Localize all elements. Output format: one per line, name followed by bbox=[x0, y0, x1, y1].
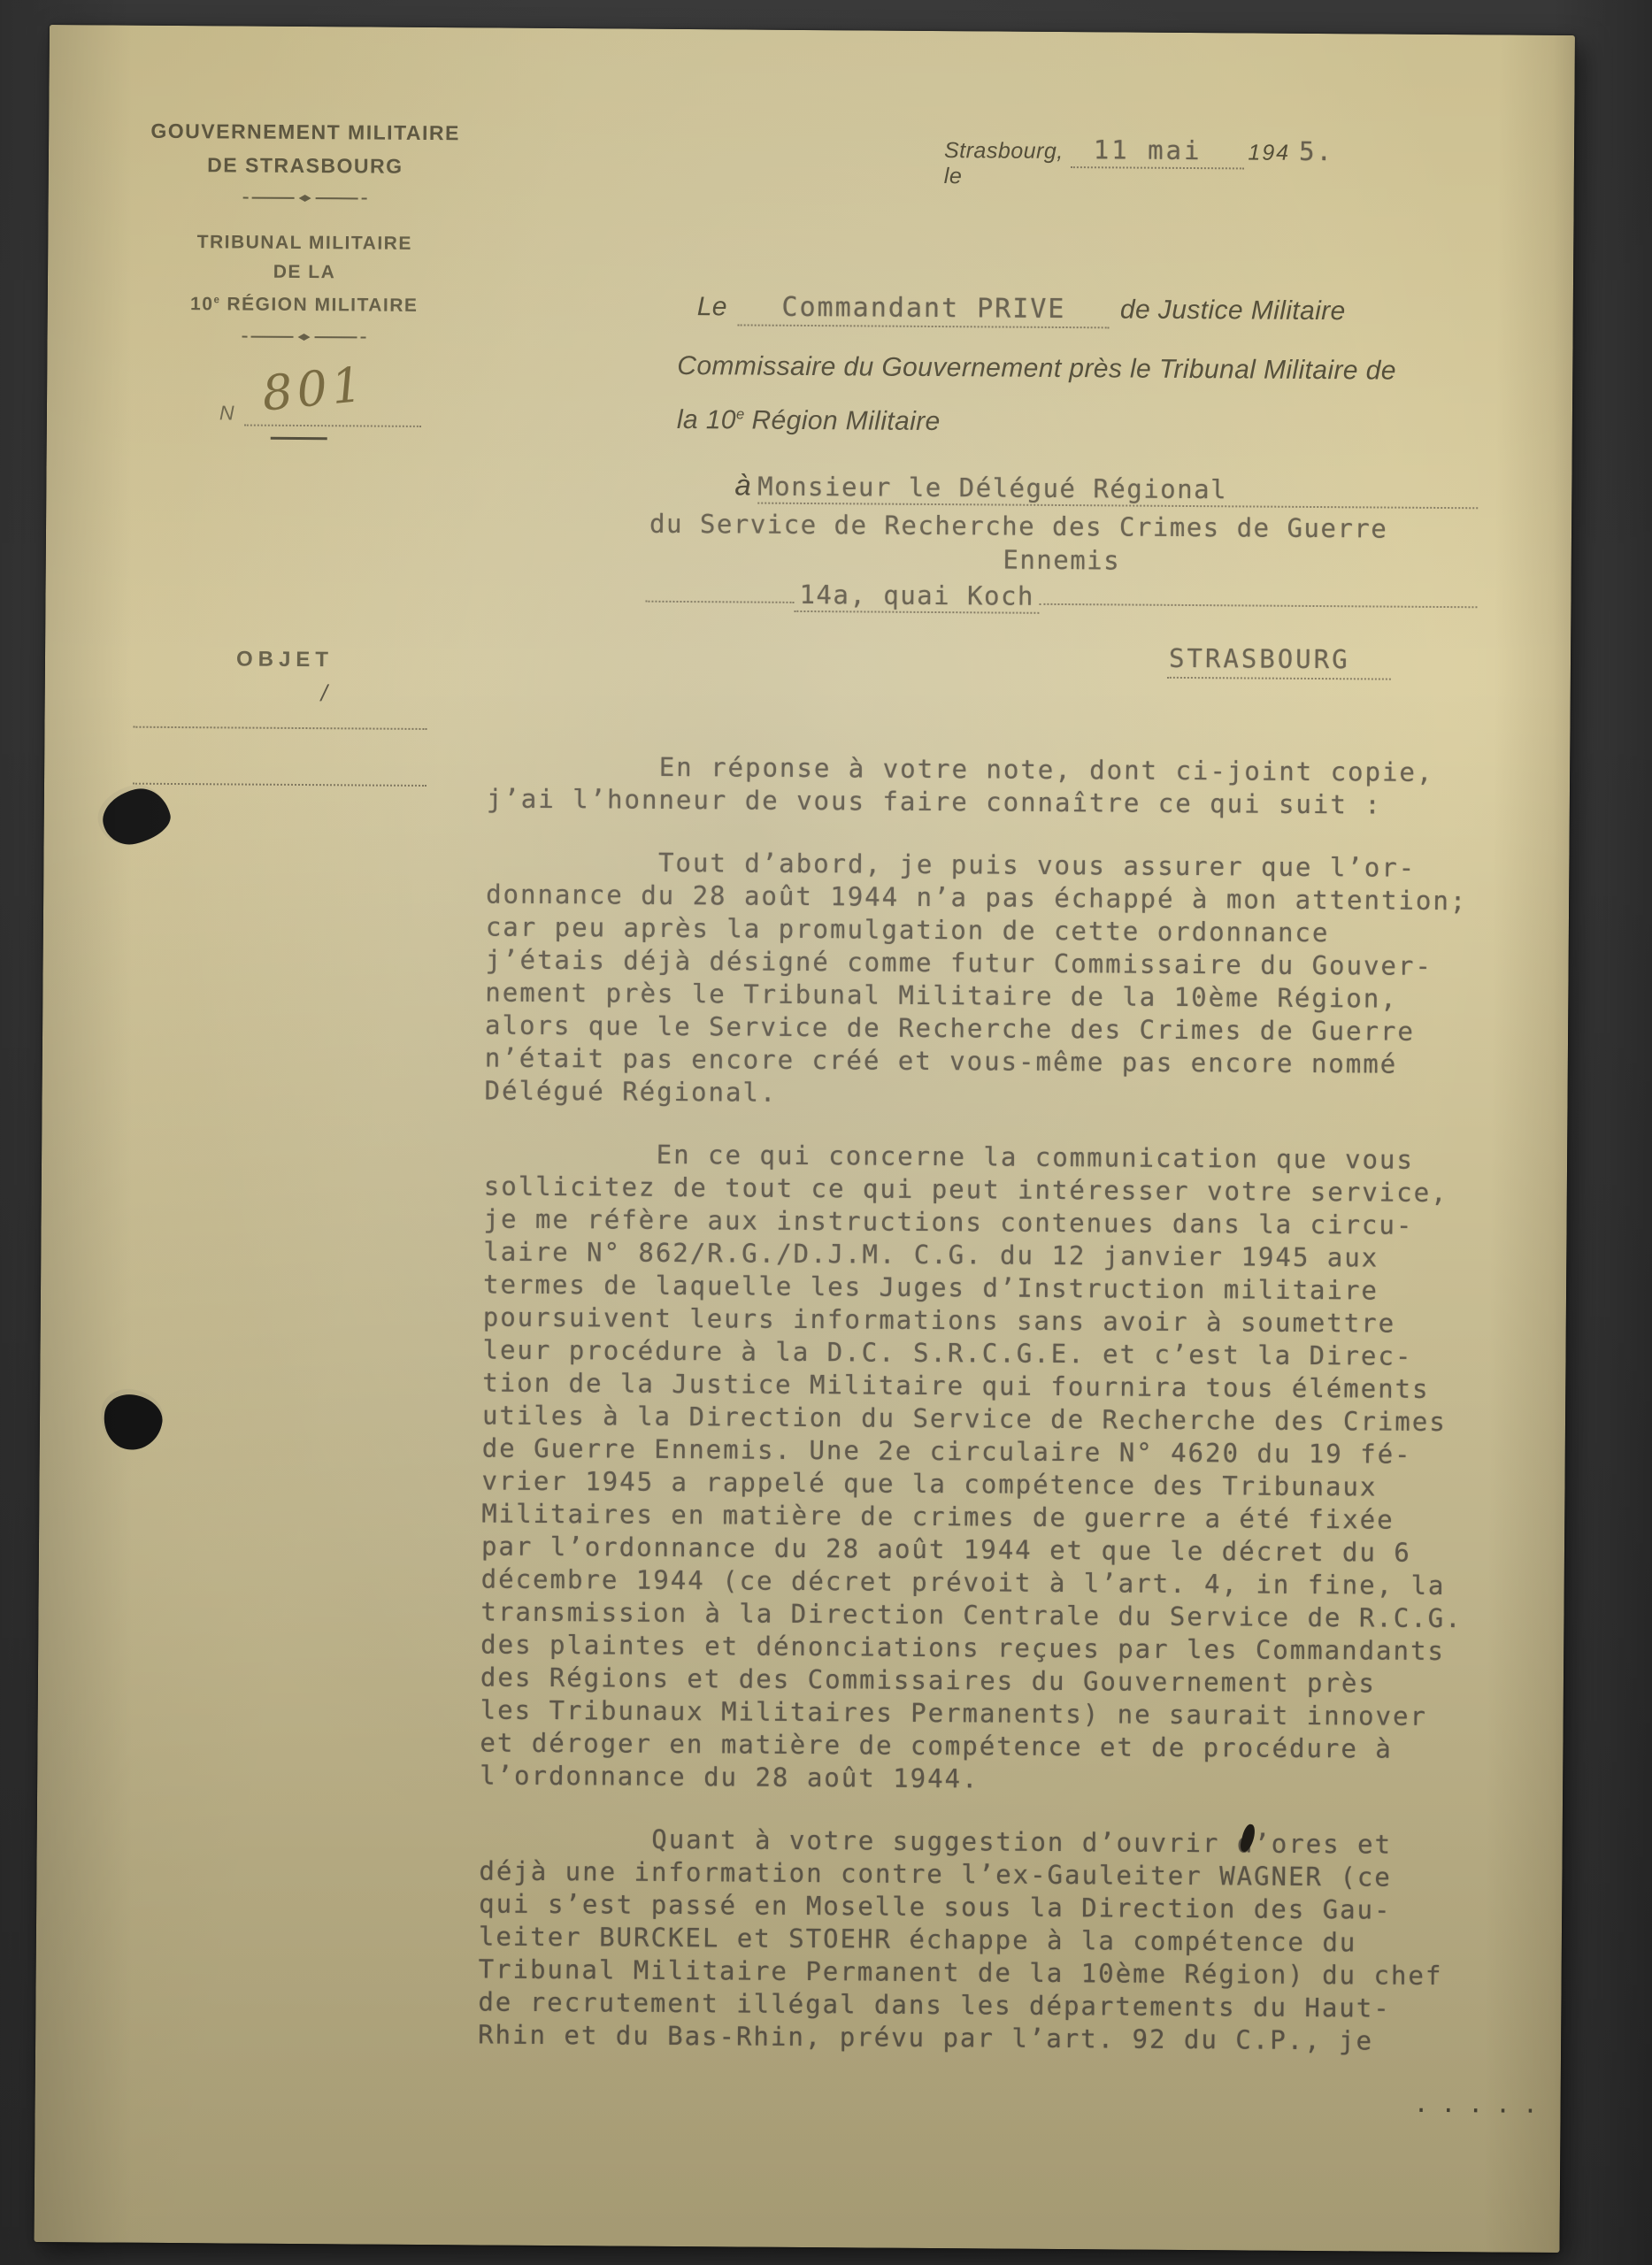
sender-title-suffix: de Justice Militaire bbox=[1120, 295, 1346, 326]
recipient-line2: du Service de Recherche des Crimes de Gu… bbox=[646, 509, 1478, 545]
sender-line2: Commissaire du Gouvernement près le Trib… bbox=[677, 349, 1491, 389]
letterhead: GOUVERNEMENT MILITAIRE DE STRASBOURG TRI… bbox=[119, 114, 492, 342]
recipient-city-line: STRASBOURG bbox=[645, 640, 1477, 681]
sender-block: Le Commandant PRIVE de Justice Militaire… bbox=[677, 291, 1492, 441]
letterhead-tribunal: TRIBUNAL MILITAIRE DE LA 10eRÉGION MILIT… bbox=[119, 227, 491, 321]
paragraph-2: Tout d’abord, je puis vous assurer que l… bbox=[484, 845, 1562, 1114]
recipient-line1: à Monsieur le Délégué Régional bbox=[646, 468, 1478, 510]
objet-label: OBJET bbox=[236, 647, 334, 672]
objet-dotted-line-2 bbox=[133, 783, 426, 787]
letter-body: En réponse à votre note, dont ci-joint c… bbox=[478, 749, 1563, 2088]
reference-number-block: N 801 bbox=[219, 372, 449, 472]
punch-hole-top bbox=[97, 783, 175, 850]
address-dotted-leader-right bbox=[1040, 577, 1478, 609]
recipient-address-line: 14a, quai Koch bbox=[645, 574, 1477, 618]
recipient-block: à Monsieur le Délégué Régional du Servic… bbox=[645, 468, 1479, 681]
divider-ornament-icon bbox=[119, 194, 491, 203]
sender-name-field: Commandant PRIVE bbox=[738, 291, 1110, 328]
paragraph-3: En ce qui concerne la communication que … bbox=[480, 1137, 1560, 1799]
recipient-address: 14a, quai Koch bbox=[794, 580, 1040, 614]
punch-hole-bottom bbox=[100, 1391, 165, 1454]
sender-line3: la 10eRégion Militaire bbox=[677, 405, 1491, 441]
recipient-salutation: à bbox=[734, 468, 752, 502]
divider-ornament-icon bbox=[119, 333, 490, 342]
scanned-letter-page: GOUVERNEMENT MILITAIRE DE STRASBOURG TRI… bbox=[35, 25, 1575, 2253]
dateline-year-printed: 194 bbox=[1248, 140, 1290, 165]
recipient-line3: Ennemis bbox=[646, 542, 1478, 579]
reference-underline bbox=[271, 437, 327, 440]
recipient-city: STRASBOURG bbox=[1167, 643, 1391, 680]
letterhead-tribunal-line2: DE LA bbox=[119, 257, 490, 288]
paragraph-4: Quant à votre suggestion d’ouvrir d’ores… bbox=[478, 1822, 1556, 2058]
footer-dots: ..... bbox=[1414, 2089, 1551, 2119]
dateline-day-field: 11 mai bbox=[1071, 134, 1245, 169]
dateline-year-typed: 5. bbox=[1299, 136, 1333, 166]
sender-name-typed: Commandant PRIVE bbox=[781, 292, 1065, 325]
objet-dotted-line-1 bbox=[133, 726, 426, 730]
letterhead-tribunal-line1: TRIBUNAL MILITAIRE bbox=[119, 227, 490, 259]
reference-dotted-line bbox=[244, 425, 421, 427]
dateline: Strasbourg, le 11 mai 194 5. bbox=[944, 134, 1333, 192]
dateline-place: Strasbourg, le bbox=[944, 138, 1067, 190]
letterhead-org-line1: GOUVERNEMENT MILITAIRE bbox=[119, 114, 491, 150]
objet-block: OBJET / bbox=[236, 647, 334, 672]
objet-pen-mark: / bbox=[321, 679, 327, 707]
sender-line1: Le Commandant PRIVE de Justice Militaire bbox=[697, 291, 1492, 331]
reference-number-handwritten: 801 bbox=[259, 356, 369, 421]
reference-label: N bbox=[219, 401, 234, 425]
address-dotted-leader-left bbox=[645, 574, 794, 604]
paragraph-1: En réponse à votre note, dont ci-joint c… bbox=[487, 749, 1563, 822]
sender-article: Le bbox=[697, 292, 727, 322]
recipient-name: Monsieur le Délégué Régional bbox=[757, 472, 1478, 510]
letterhead-tribunal-line3: 10eRÉGION MILITAIRE bbox=[119, 286, 490, 321]
letterhead-org-line2: DE STRASBOURG bbox=[119, 148, 491, 184]
dateline-day-typed: 11 mai bbox=[1094, 134, 1203, 165]
